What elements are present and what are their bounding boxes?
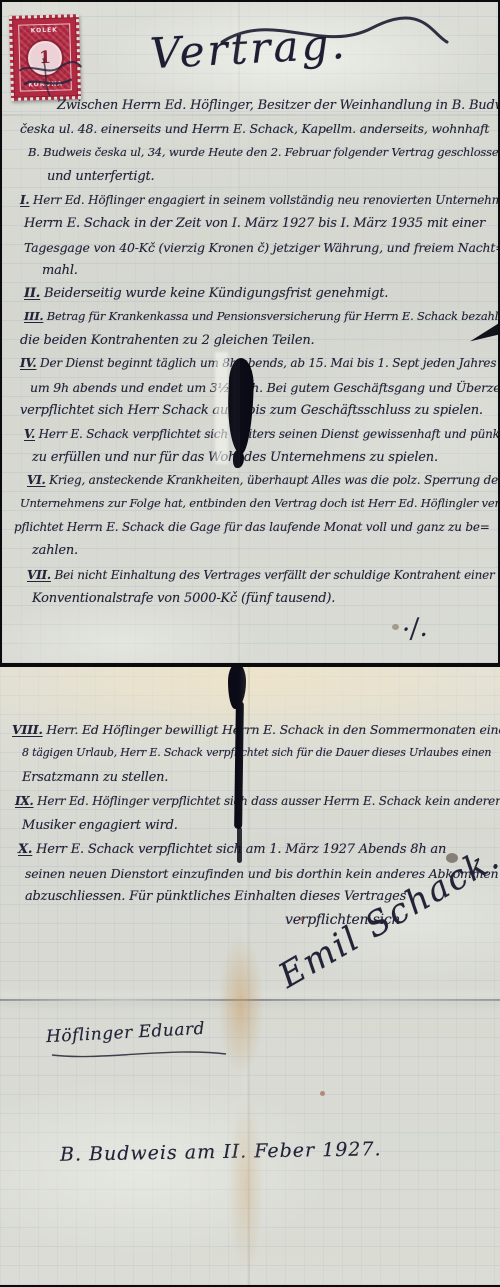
horizontal-crease: [2, 114, 498, 116]
scanned-contract-image: { "document": { "title": "Vertrag.", "la…: [0, 0, 500, 1287]
contract-line: Unternehmens zur Folge hat, entbinden de…: [20, 496, 498, 510]
contract-line: Musiker engagiert wird.: [22, 818, 178, 833]
contract-line: abzuschliessen. Für pünktliches Einhalte…: [25, 889, 406, 904]
contract-line: und unterfertigt.: [47, 169, 154, 184]
section-numeral: X.: [18, 842, 32, 857]
stamp-cancellation-marks: [12, 17, 84, 104]
contract-line: pflichtet Herrn E. Schack die Gage für d…: [14, 520, 490, 534]
small-stain: [392, 624, 399, 630]
fold-stain: [218, 935, 264, 1075]
contract-line: IV. Der Dienst beginnt täglich um 8h abe…: [20, 356, 496, 370]
date-line: B. Budweis am II. Feber 1927.: [60, 1138, 382, 1166]
edge-tear-shadow: [470, 322, 498, 344]
contract-line: I. Herr Ed. Höflinger engagiert in seine…: [20, 193, 498, 207]
contract-line: Konventionalstrafe von 5000-Kč (fünf tau…: [32, 591, 335, 606]
section-numeral: IX.: [15, 794, 34, 808]
revenue-stamp: KOLEK 1 KORUNA: [9, 14, 81, 101]
contract-line: IX. Herr Ed. Höflinger verpflichtet sich…: [15, 794, 500, 808]
contract-line: Tagesgage von 40-Kč (vierzig Kronen č) j…: [24, 240, 498, 255]
contract-line: die beiden Kontrahenten zu 2 gleichen Te…: [20, 333, 314, 348]
section-numeral: IV.: [20, 356, 36, 370]
contract-page-1: KOLEK 1 KORUNA Vertrag. Zwischen Herrn E…: [2, 2, 498, 663]
contract-line: zahlen.: [32, 543, 78, 558]
signature-hoeflinger-eduard: Höflinger Eduard: [46, 1019, 206, 1047]
contract-line: Zwischen Herrn Ed. Höflinger, Besitzer d…: [57, 98, 498, 113]
contract-line: um 9h abends und endet um 3½ früh. Bei g…: [30, 380, 498, 395]
fold-stain-lower: [228, 1097, 264, 1277]
signature-flourish-stroke: [50, 1045, 230, 1061]
contract-line: ·/.: [400, 612, 429, 645]
section-numeral: I.: [20, 193, 29, 207]
section-numeral: VI.: [27, 473, 46, 487]
section-numeral: VII.: [27, 568, 51, 582]
revenue-stamp-body: KOLEK 1 KORUNA: [9, 14, 81, 101]
section-numeral: III.: [24, 309, 43, 323]
ink-streak-body: [234, 701, 244, 829]
section-numeral: II.: [24, 286, 40, 301]
small-stain-2: [320, 1091, 325, 1096]
title-flourish-stroke: [217, 8, 452, 58]
small-smudge: [446, 853, 458, 863]
section-numeral: V.: [24, 427, 35, 441]
contract-line: II. Beiderseitig wurde keine Kündigungsf…: [24, 286, 388, 301]
contract-line: VIII. Herr. Ed Höflinger bewilligt Herrn…: [12, 722, 500, 737]
vertical-fold-crease: [238, 2, 240, 663]
contract-line: 8 tägigen Urlaub, Herr E. Schack verpfli…: [22, 746, 491, 759]
ink-streak-tail: [237, 827, 242, 863]
contract-line: III. Betrag für Krankenkassa und Pension…: [24, 309, 498, 323]
contract-line: V. Herr E. Schack verpflichtet sich weit…: [24, 427, 498, 441]
paper-tear-highlight: [215, 352, 228, 464]
contract-line: Herrn E. Schack in der Zeit von I. März …: [24, 216, 485, 231]
contract-line: česka ul. 48. einerseits und Herrn E. Sc…: [20, 121, 489, 136]
contract-line: VII. Bei nicht Einhaltung des Vertrages …: [27, 568, 495, 582]
contract-line: X. Herr E. Schack verpflichtet sich am 1…: [18, 842, 446, 857]
contract-page-2: VIII. Herr. Ed Höflinger bewilligt Herrn…: [0, 667, 500, 1285]
contract-line: mahl.: [42, 263, 78, 278]
contract-line: Ersatzmann zu stellen.: [22, 770, 168, 785]
section-numeral: VIII.: [12, 722, 43, 737]
contract-line: VI. Krieg, ansteckende Krankheiten, über…: [27, 473, 498, 487]
contract-line: B. Budweis česka ul, 34, wurde Heute den…: [28, 145, 498, 159]
small-stain-3: [300, 917, 304, 921]
